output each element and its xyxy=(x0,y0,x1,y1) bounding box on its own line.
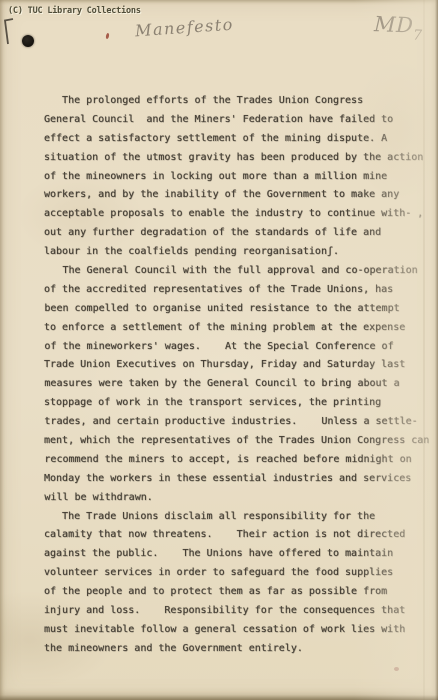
typed-line: must inevitable follow a general cessati… xyxy=(44,621,438,640)
typed-line: of the accredited representatives of the… xyxy=(44,281,438,300)
typed-line: situation of the utmost gravity has been… xyxy=(44,149,438,168)
typed-line: labour in the coalfields pending reorgan… xyxy=(44,243,438,262)
typed-line: Trade Union Executives on Thursday, Frid… xyxy=(44,356,438,375)
typed-line: against the public. The Unions have offe… xyxy=(44,545,438,564)
paragraph: The Trade Unions disclaim all responsibi… xyxy=(44,508,438,659)
typed-line: calamity that now threatens. Their actio… xyxy=(44,526,438,545)
typed-line: will be withdrawn. xyxy=(44,489,438,508)
typed-line: trades, and certain productive industrie… xyxy=(44,413,438,432)
typed-line: of the mineowners in locking out more th… xyxy=(44,168,438,187)
handwritten-ref-code: MD7 xyxy=(373,12,423,44)
typed-line: out any further degradation of the stand… xyxy=(44,224,438,243)
typed-line: to enforce a settlement of the mining pr… xyxy=(44,319,438,338)
typed-line: acceptable proposals to enable the indus… xyxy=(44,205,438,224)
typed-line: The General Council with the full approv… xyxy=(44,262,438,281)
typed-line: Monday the workers in these essential in… xyxy=(44,470,438,489)
typed-line: The prolonged efforts of the Trades Unio… xyxy=(44,92,438,111)
copyright-watermark: (C) TUC Library Collections xyxy=(8,6,141,16)
typed-line: of the people and to protect them as far… xyxy=(44,583,438,602)
typed-line: of the mineworkers' wages. At the Specia… xyxy=(44,338,438,357)
typed-line: volunteer services in order to safeguard… xyxy=(44,564,438,583)
handwritten-title: Manefesto xyxy=(134,15,234,41)
typed-line: stoppage of work in the transport servic… xyxy=(44,394,438,413)
typed-manifesto-body: The prolonged efforts of the Trades Unio… xyxy=(44,92,438,659)
ink-speck-bottom xyxy=(394,667,399,671)
typed-line: The Trade Unions disclaim all responsibi… xyxy=(44,508,438,527)
typed-line: workers, and by the inability of the Gov… xyxy=(44,186,438,205)
typed-line: measures were taken by the General Counc… xyxy=(44,375,438,394)
hole-punch-mark xyxy=(22,35,34,47)
paragraph: The prolonged efforts of the Trades Unio… xyxy=(44,92,438,262)
typed-line: recommend the miners to accept, is reach… xyxy=(44,451,438,470)
typed-line: General Council and the Miners' Federati… xyxy=(44,111,438,130)
typed-line: ment, which the representatives of the T… xyxy=(44,432,438,451)
typed-line: the mineowners and the Government entire… xyxy=(44,640,438,659)
pen-bracket-mark xyxy=(1,17,17,47)
paragraph: The General Council with the full approv… xyxy=(44,262,438,508)
page-edge-bottom xyxy=(0,695,438,700)
typed-line: been compelled to organise united resist… xyxy=(44,300,438,319)
typed-line: effect a satisfactory settlement of the … xyxy=(44,130,438,149)
scanned-document-page: (C) TUC Library Collections Manefesto MD… xyxy=(0,0,438,700)
ref-code-sub: 7 xyxy=(413,28,423,44)
ref-code-main: MD xyxy=(374,12,414,37)
typed-line: injury and loss. Responsibility for the … xyxy=(44,602,438,621)
ink-speck-top xyxy=(105,33,109,39)
